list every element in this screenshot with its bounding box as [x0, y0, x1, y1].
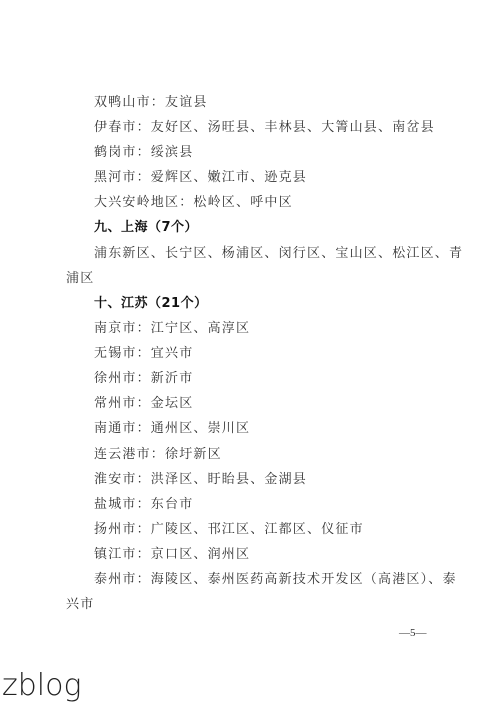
entry-shuangyashan: 双鸭山市：友谊县: [94, 95, 208, 111]
entry-yichun: 伊春市：友好区、汤旺县、丰林县、大箐山县、南岔县: [94, 120, 435, 136]
page-number: —5—: [399, 627, 427, 639]
entry-shanghai-continuation: 浦区: [66, 271, 94, 287]
section-heading-jiangsu: 十、江苏（21个）: [94, 296, 208, 312]
entry-changzhou: 常州市：金坛区: [94, 396, 193, 412]
entry-yangzhou: 扬州市：广陵区、邗江区、江都区、仪征市: [94, 522, 364, 538]
document-page: 双鸭山市：友谊县 伊春市：友好区、汤旺县、丰林县、大箐山县、南岔县 鹤岗市：绥滨…: [0, 0, 500, 707]
entry-zhenjiang: 镇江市：京口区、润州区: [94, 547, 250, 563]
entry-huaian: 淮安市：洪泽区、盱眙县、金湖县: [94, 472, 307, 488]
section-heading-shanghai: 九、上海（7个）: [94, 220, 198, 236]
entry-wuxi: 无锡市：宜兴市: [94, 346, 193, 362]
entry-taizhou-continuation: 兴市: [66, 597, 94, 613]
entry-hegang: 鹤岗市：绥滨县: [94, 145, 193, 161]
entry-daxinganling: 大兴安岭地区：松岭区、呼中区: [94, 195, 293, 211]
entry-nanjing: 南京市：江宁区、高淳区: [94, 321, 250, 337]
entry-heihe: 黑河市：爱辉区、嫩江市、逊克县: [94, 170, 307, 186]
watermark-logo: zblog: [2, 668, 81, 703]
entry-nantong: 南通市：通州区、崇川区: [94, 421, 250, 437]
entry-taizhou: 泰州市：海陵区、泰州医药高新技术开发区（高港区）、泰: [94, 572, 457, 588]
entry-xuzhou: 徐州市：新沂市: [94, 371, 193, 387]
entry-shanghai-districts: 浦东新区、长宁区、杨浦区、闵行区、宝山区、松江区、青: [94, 246, 463, 262]
entry-lianyungang: 连云港市：徐圩新区: [94, 447, 222, 463]
entry-yancheng: 盐城市：东台市: [94, 497, 193, 513]
